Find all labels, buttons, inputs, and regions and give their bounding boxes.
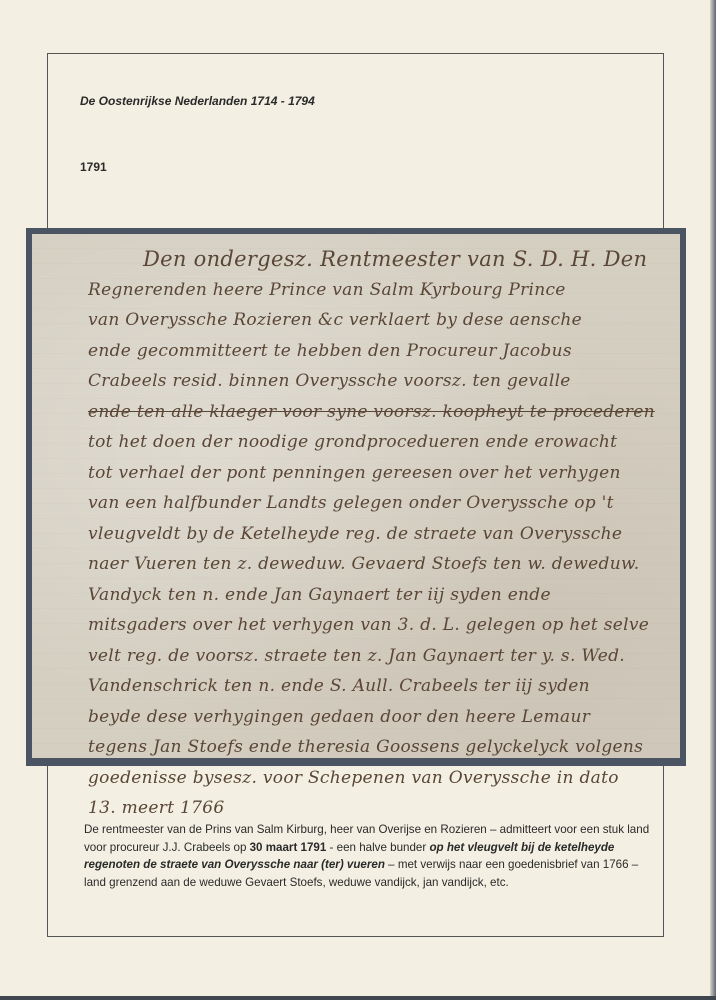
manuscript-line: vleugveldt by de Ketelheyde reg. de stra… (88, 519, 668, 550)
manuscript-line: naer Vueren ten z. deweduw. Gevaerd Stoe… (88, 549, 668, 580)
manuscript-line: ende gecommitteert te hebben den Procure… (88, 336, 668, 367)
manuscript-line: 13. meert 1766 (88, 793, 668, 824)
manuscript-line: Regnerenden heere Prince van Salm Kyrbou… (88, 275, 668, 306)
manuscript-text: Den ondergesz. Rentmeester van S. D. H. … (88, 244, 668, 824)
manuscript-line-struck: ende ten alle klaeger voor syne voorsz. … (88, 397, 668, 428)
manuscript-line: van Overyssche Rozieren &c verklaert by … (88, 305, 668, 336)
manuscript-line: beyde dese verhygingen gedaen door den h… (88, 702, 668, 733)
page-year: 1791 (80, 160, 107, 174)
album-page-edge (710, 0, 716, 1000)
album-page-bottom-edge (0, 996, 716, 1000)
caption-text: - een halve bunder (326, 841, 429, 854)
manuscript-line: Den ondergesz. Rentmeester van S. D. H. … (88, 244, 668, 275)
manuscript-line: tot verhael der pont penningen gereesen … (88, 458, 668, 489)
manuscript-line: Vandenschrick ten n. ende S. Aull. Crabe… (88, 671, 668, 702)
description-caption: De rentmeester van de Prins van Salm Kir… (84, 821, 654, 891)
page-title: De Oostenrijkse Nederlanden 1714 - 1794 (80, 94, 315, 108)
manuscript-document: Den ondergesz. Rentmeester van S. D. H. … (32, 234, 680, 758)
manuscript-line: mitsgaders over het verhygen van 3. d. L… (88, 610, 668, 641)
manuscript-line: Vandyck ten n. ende Jan Gaynaert ter iij… (88, 580, 668, 611)
manuscript-line: van een halfbunder Landts gelegen onder … (88, 488, 668, 519)
caption-date: 30 maart 1791 (250, 841, 327, 854)
manuscript-line: goedenisse bysesz. voor Schepenen van Ov… (88, 763, 668, 794)
manuscript-line: tot het doen der noodige grondproceduere… (88, 427, 668, 458)
manuscript-line: velt reg. de voorsz. straete ten z. Jan … (88, 641, 668, 672)
manuscript-line: tegens Jan Stoefs ende theresia Goossens… (88, 732, 668, 763)
manuscript-line: Crabeels resid. binnen Overyssche voorsz… (88, 366, 668, 397)
